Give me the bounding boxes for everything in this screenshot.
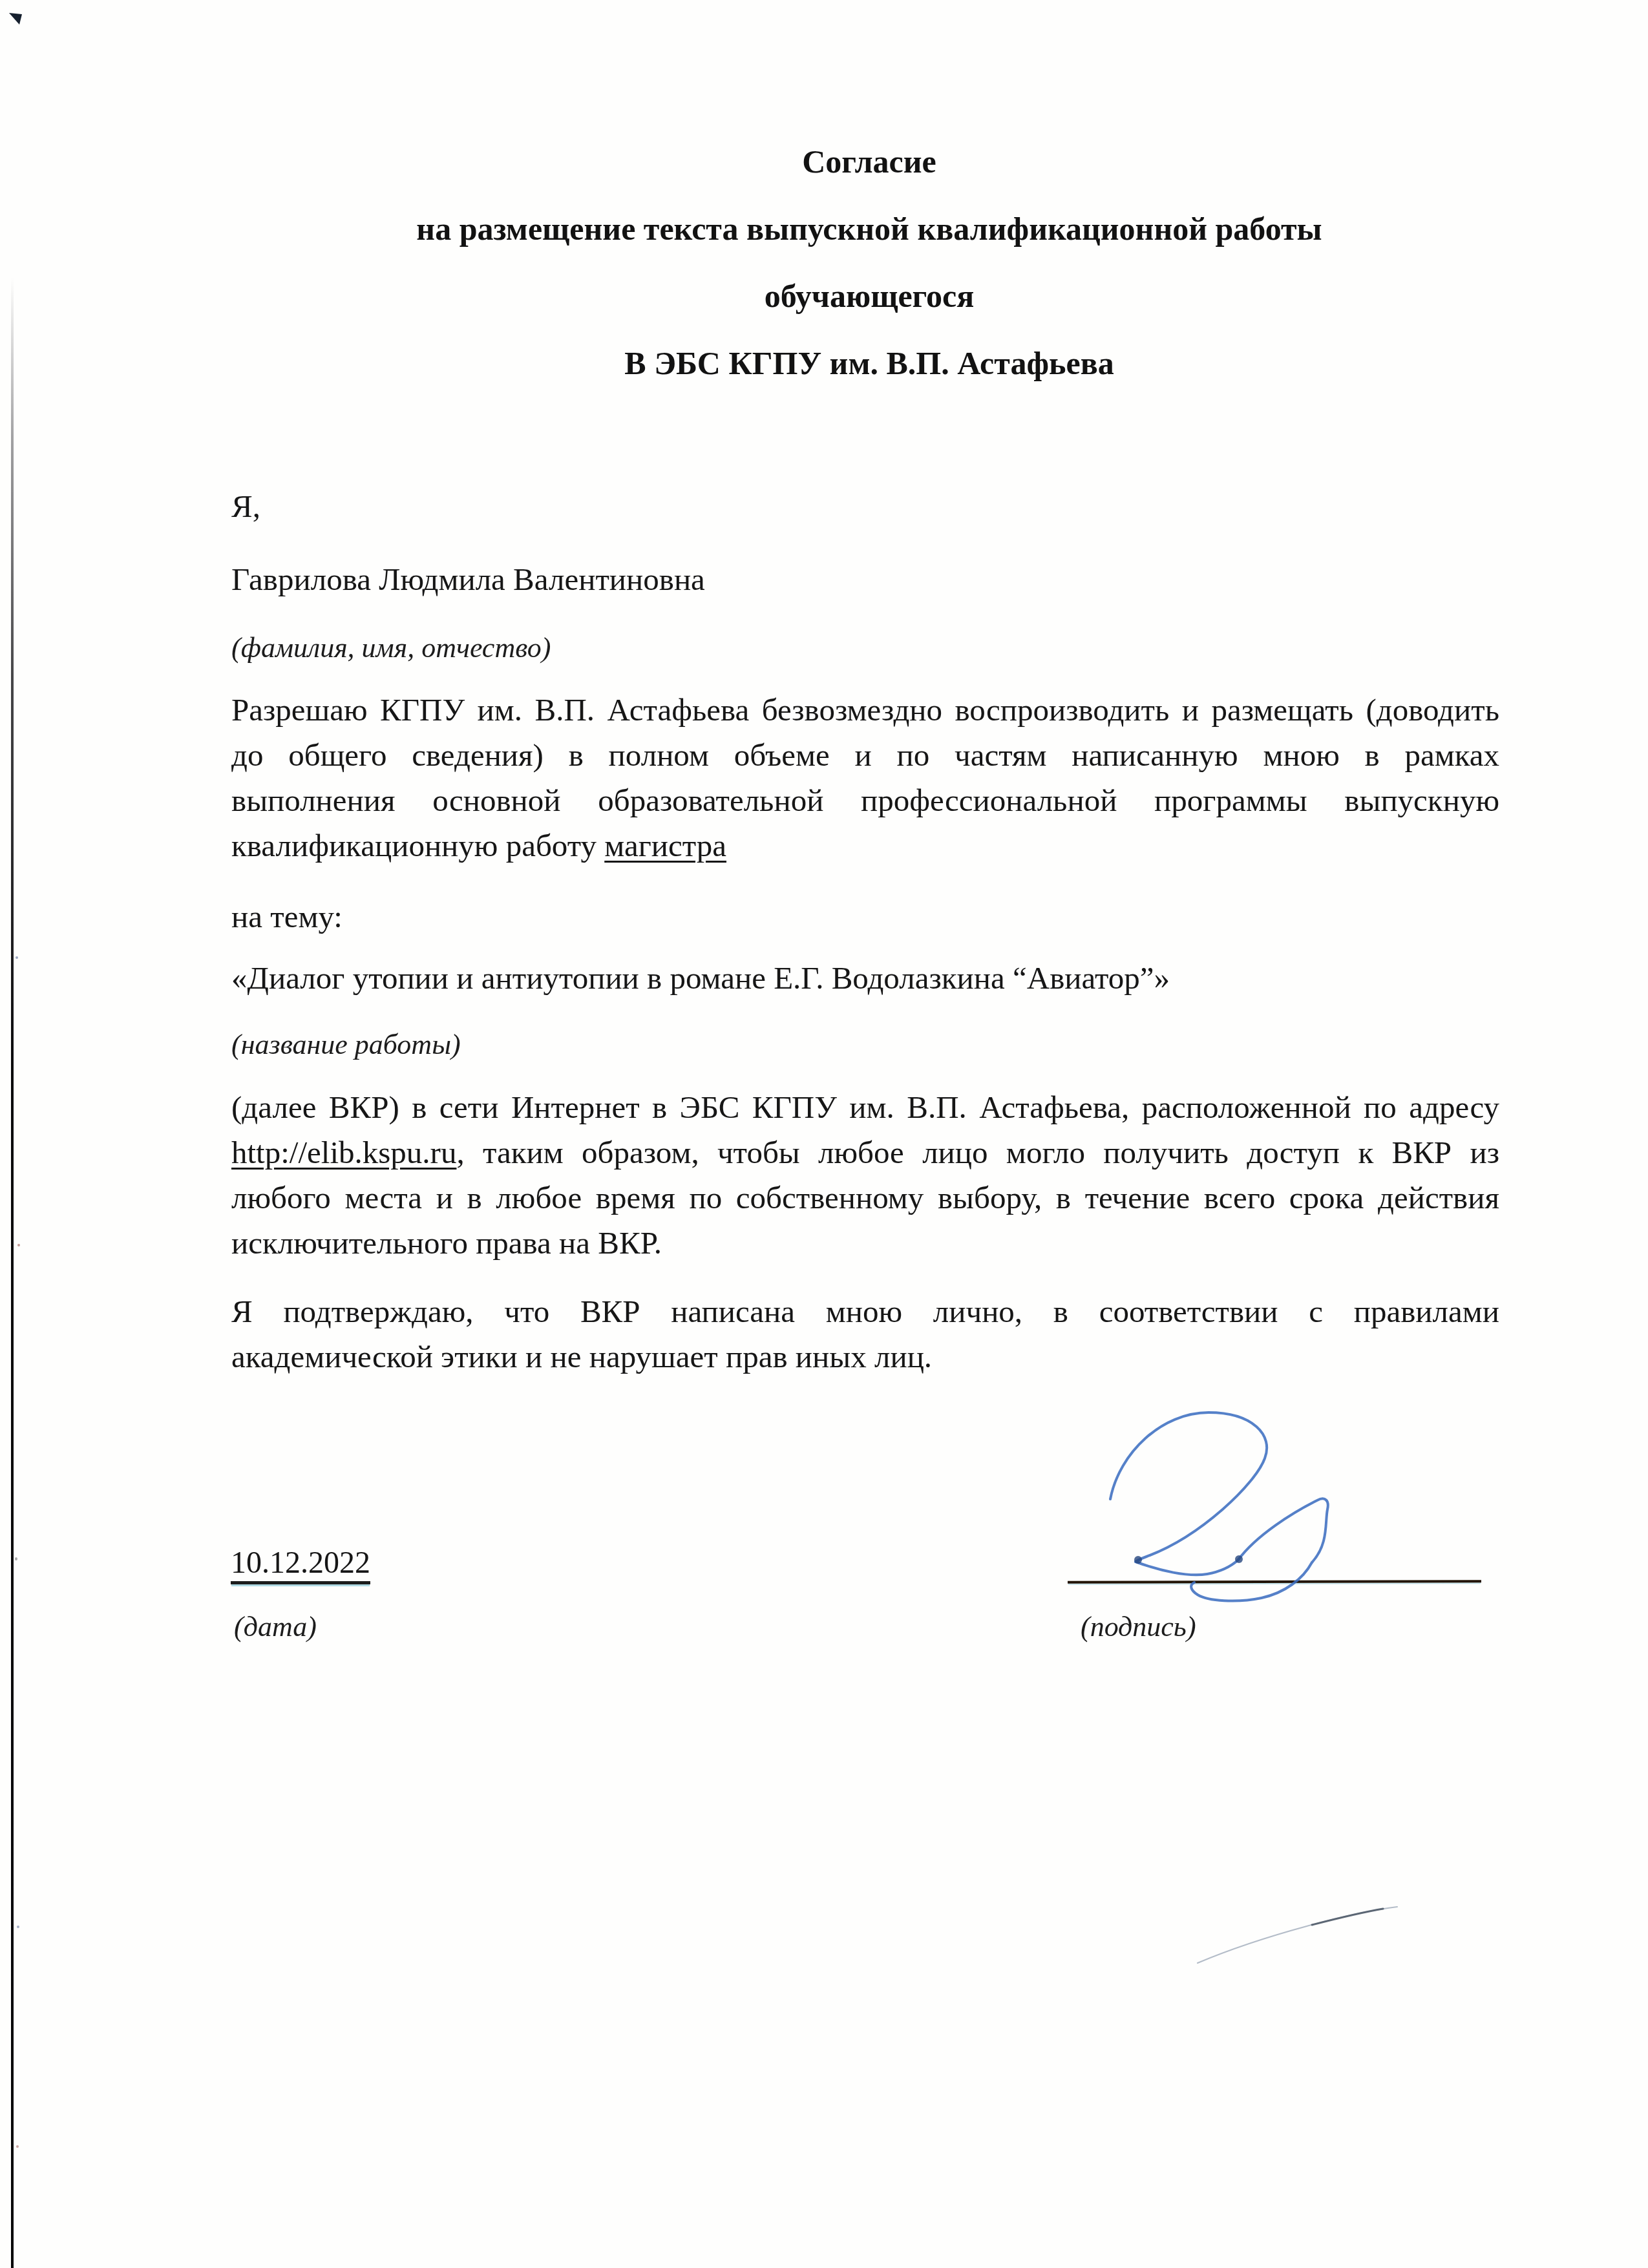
paragraph-confirmation: Я подтверждаю, что ВКР написана мною лич…: [231, 1289, 1499, 1380]
text-segment: до общего сведения) в полном объеме и по…: [231, 737, 1499, 773]
corner-speck: [9, 13, 22, 25]
scan-noise-speck: [15, 1557, 17, 1560]
title-line: на размещение текста выпускной квалифика…: [239, 195, 1499, 262]
pronoun-text: Я,: [231, 484, 1499, 529]
text-segment: исключительного права на ВКР.: [231, 1225, 662, 1261]
scan-noise-speck: [16, 2145, 19, 2148]
text-segment: академической этики и не нарушает прав и…: [231, 1339, 932, 1374]
text-line: http://elib.kspu.ru, таким образом, чтоб…: [231, 1130, 1499, 1175]
paragraph-permission: Разрешаю КГПУ им. В.П. Астафьева безвозм…: [231, 688, 1499, 868]
date-value: 10.12.2022: [231, 1546, 370, 1584]
paragraph-distribution: (далее ВКР) в сети Интернет в ЭБС КГПУ и…: [231, 1085, 1499, 1266]
text-segment: выполнения основной образовательной проф…: [231, 782, 1499, 818]
underlined-text-segment: http://elib.kspu.ru: [231, 1135, 456, 1170]
work-title: «Диалог утопии и антиутопии в романе Е.Г…: [231, 956, 1499, 1001]
text-line: (далее ВКР) в сети Интернет в ЭБС КГПУ и…: [231, 1085, 1499, 1130]
work-title-caption: (название работы): [231, 1022, 1499, 1067]
signature-strokes: [1110, 1412, 1328, 1601]
text-segment: любого места и в любое время по собствен…: [231, 1180, 1499, 1215]
signature-line: [1068, 1580, 1481, 1584]
text-line: Разрешаю КГПУ им. В.П. Астафьева безвозм…: [231, 688, 1499, 733]
title-line: обучающегося: [239, 262, 1499, 330]
scan-edge-line: [11, 278, 14, 2268]
pen-stroke-artifact: [1198, 1907, 1397, 1963]
ink-blob: [1134, 1556, 1142, 1564]
text-line: академической этики и не нарушает прав и…: [231, 1334, 1499, 1380]
text-line: выполнения основной образовательной проф…: [231, 778, 1499, 823]
author-caption: (фамилия, имя, отчество): [231, 625, 1499, 671]
scanned-consent-document: Согласие на размещение текста выпускной …: [0, 0, 1648, 2268]
date-text: 10.12.2022: [231, 1546, 370, 1584]
text-line: Я подтверждаю, что ВКР написана мною лич…: [231, 1289, 1499, 1334]
text-line: до общего сведения) в полном объеме и по…: [231, 733, 1499, 778]
text-line: любого места и в любое время по собствен…: [231, 1175, 1499, 1221]
text-segment: , таким образом, чтобы любое лицо могло …: [456, 1135, 1499, 1170]
title-line: В ЭБС КГПУ им. В.П. Астафьева: [239, 330, 1499, 397]
text-segment: квалификационную работу: [231, 828, 604, 863]
underlined-text-segment: магистра: [604, 828, 726, 863]
scan-noise-speck: [17, 1926, 19, 1928]
ink-blob: [1235, 1555, 1243, 1563]
text-segment: Разрешаю КГПУ им. В.П. Астафьева безвозм…: [231, 692, 1499, 728]
date-caption: (дата): [234, 1604, 317, 1650]
topic-label: на тему:: [231, 894, 1499, 940]
text-line: квалификационную работу магистра: [231, 823, 1499, 868]
title-line: Согласие: [239, 128, 1499, 195]
scan-noise-speck: [16, 956, 18, 959]
text-line: исключительного права на ВКР.: [231, 1221, 1499, 1266]
scan-noise-speck: [17, 1244, 20, 1246]
author-name-text: Гаврилова Людмила Валентиновна: [231, 557, 1499, 602]
signature-caption: (подпись): [1081, 1604, 1196, 1650]
document-title-block: Согласие на размещение текста выпускной …: [239, 128, 1499, 397]
text-segment: (далее ВКР) в сети Интернет в ЭБС КГПУ и…: [231, 1089, 1499, 1125]
text-segment: Я подтверждаю, что ВКР написана мною лич…: [231, 1294, 1499, 1329]
